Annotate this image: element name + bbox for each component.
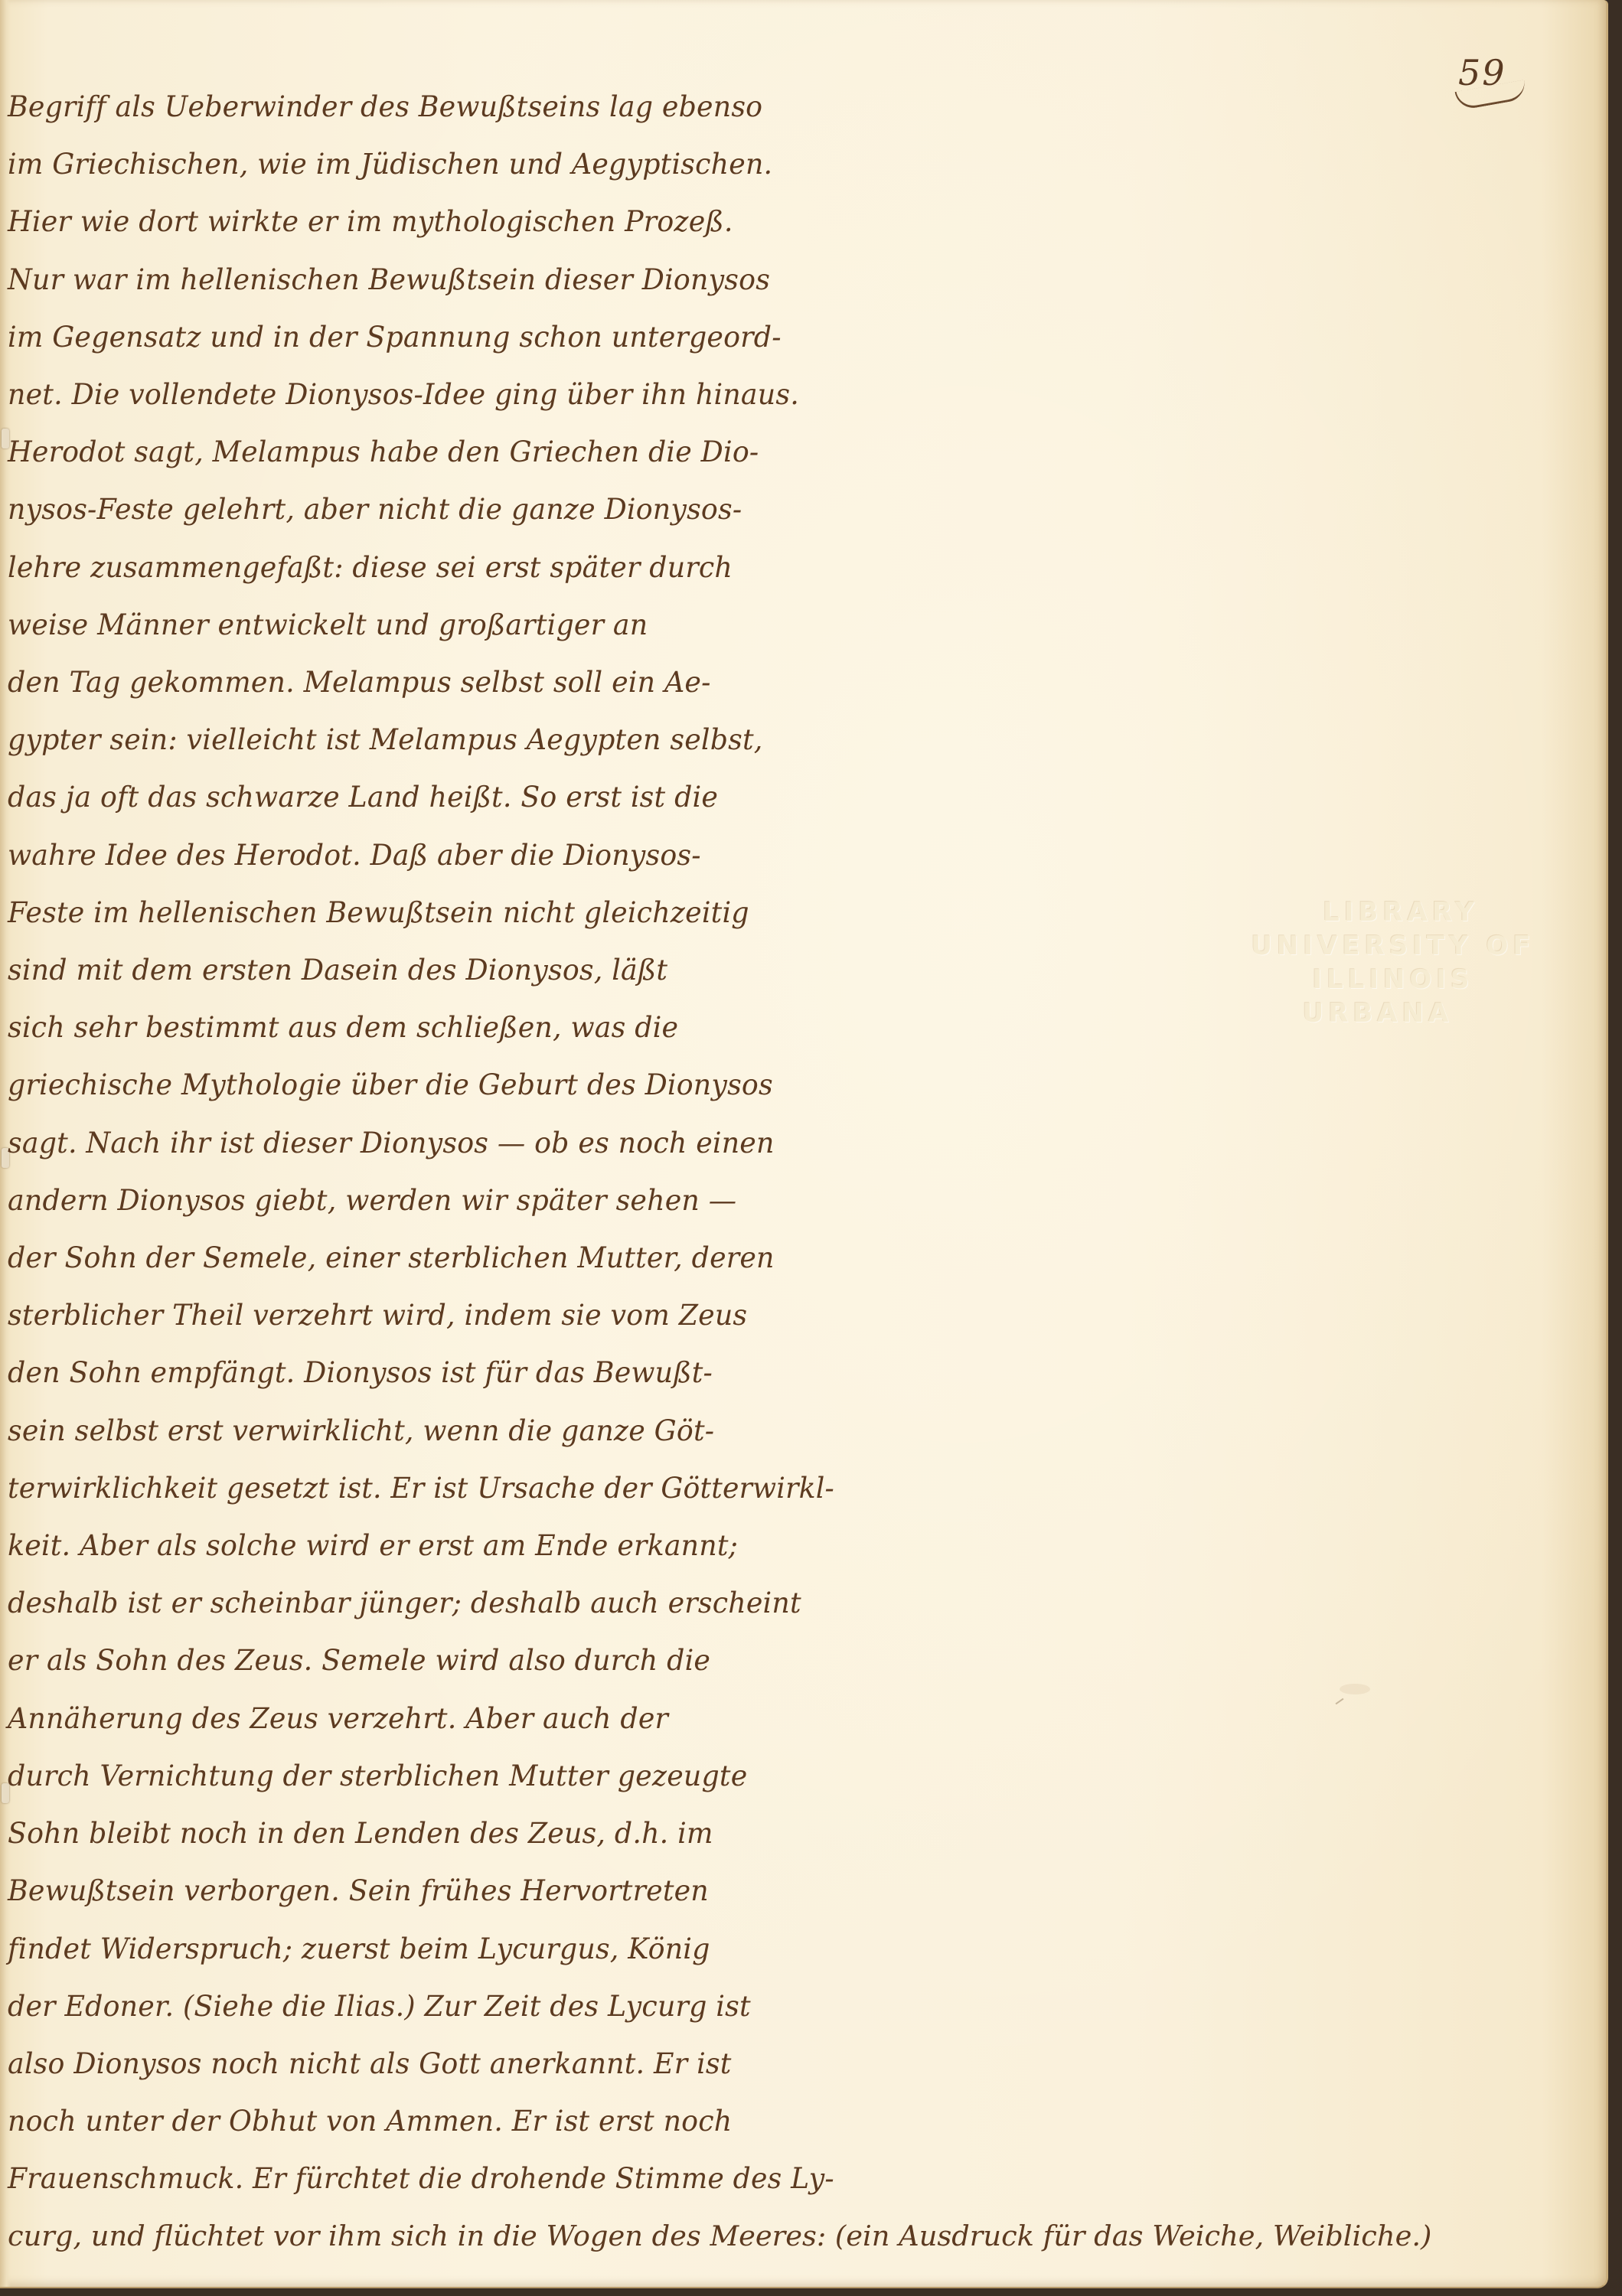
text-line: griechische Mythologie über die Geburt d… [8,1056,834,1114]
text-line: lehre zusammengefaßt: diese sei erst spä… [8,539,834,596]
pen-mark [1336,1698,1344,1705]
text-line: sein selbst erst verwirklicht, wenn die … [8,1402,834,1459]
text-line: Feste im hellenischen Bewußtsein nicht g… [8,884,834,941]
text-line: deshalb ist er scheinbar jünger; deshalb… [8,1574,834,1632]
stamp-line: UNIVERSITY OF ILLINOIS [1225,929,1562,996]
text-line: noch unter der Obhut von Ammen. Er ist e… [8,2092,834,2150]
manuscript-text: Begriff als Ueberwinder des Bewußtseins … [8,78,850,2265]
stamp-line: LIBRARY [1225,895,1562,929]
text-line: sterblicher Theil verzehrt wird, indem s… [8,1287,834,1344]
text-line: findet Widerspruch; zuerst beim Lycurgus… [8,1920,834,1978]
text-line: nysos-Feste gelehrt, aber nicht die ganz… [8,481,834,538]
text-line: der Sohn der Semele, einer sterblichen M… [8,1229,834,1287]
text-line: gypter sein: vielleicht ist Melampus Aeg… [8,711,834,768]
manuscript-page: 59 LIBRARY UNIVERSITY OF ILLINOIS URBANA… [0,0,1608,2288]
text-line: weise Männer entwickelt und großartiger … [8,596,834,654]
text-line: sind mit dem ersten Dasein des Dionysos,… [8,941,834,999]
text-line: also Dionysos noch nicht als Gott anerka… [8,2035,834,2092]
text-line: im Gegensatz und in der Spannung schon u… [8,308,834,366]
text-line-final: curg, und flüchtet vor ihm sich in die W… [8,2208,868,2265]
text-line: Sohn bleibt noch in den Lenden des Zeus,… [8,1805,834,1862]
paper-stain [1340,1684,1370,1694]
stamp-line: URBANA [1225,996,1562,1030]
library-embossed-stamp: LIBRARY UNIVERSITY OF ILLINOIS URBANA [1225,895,1562,1030]
text-line: Hier wie dort wirkte er im mythologische… [8,193,834,250]
text-line: Begriff als Ueberwinder des Bewußtseins … [8,78,834,135]
text-line: das ja oft das schwarze Land heißt. So e… [8,768,834,826]
text-line: den Tag gekommen. Melampus selbst soll e… [8,654,834,711]
text-line: Bewußtsein verborgen. Sein frühes Hervor… [8,1862,834,1919]
text-line: wahre Idee des Herodot. Daß aber die Dio… [8,827,834,884]
text-line: andern Dionysos giebt, werden wir später… [8,1172,834,1229]
text-line: Herodot sagt, Melampus habe den Griechen… [8,423,834,481]
text-line: Nur war im hellenischen Bewußtsein diese… [8,251,834,308]
text-line: Frauenschmuck. Er fürchtet die drohende … [8,2150,831,2207]
text-line: im Griechischen, wie im Jüdischen und Ae… [8,135,834,193]
text-line: keit. Aber als solche wird er erst am En… [8,1517,834,1574]
text-line: durch Vernichtung der sterblichen Mutter… [8,1747,834,1805]
text-line: sagt. Nach ihr ist dieser Dionysos — ob … [8,1114,834,1172]
text-line: terwirklichkeit gesetzt ist. Er ist Ursa… [8,1459,831,1517]
text-line: Annäherung des Zeus verzehrt. Aber auch … [8,1690,834,1747]
text-line: der Edoner. (Siehe die Ilias.) Zur Zeit … [8,1978,834,2035]
text-line: net. Die vollendete Dionysos-Idee ging ü… [8,366,834,423]
text-line: er als Sohn des Zeus. Semele wird also d… [8,1632,834,1689]
text-line: sich sehr bestimmt aus dem schließen, wa… [8,999,834,1056]
text-line: den Sohn empfängt. Dionysos ist für das … [8,1344,834,1401]
